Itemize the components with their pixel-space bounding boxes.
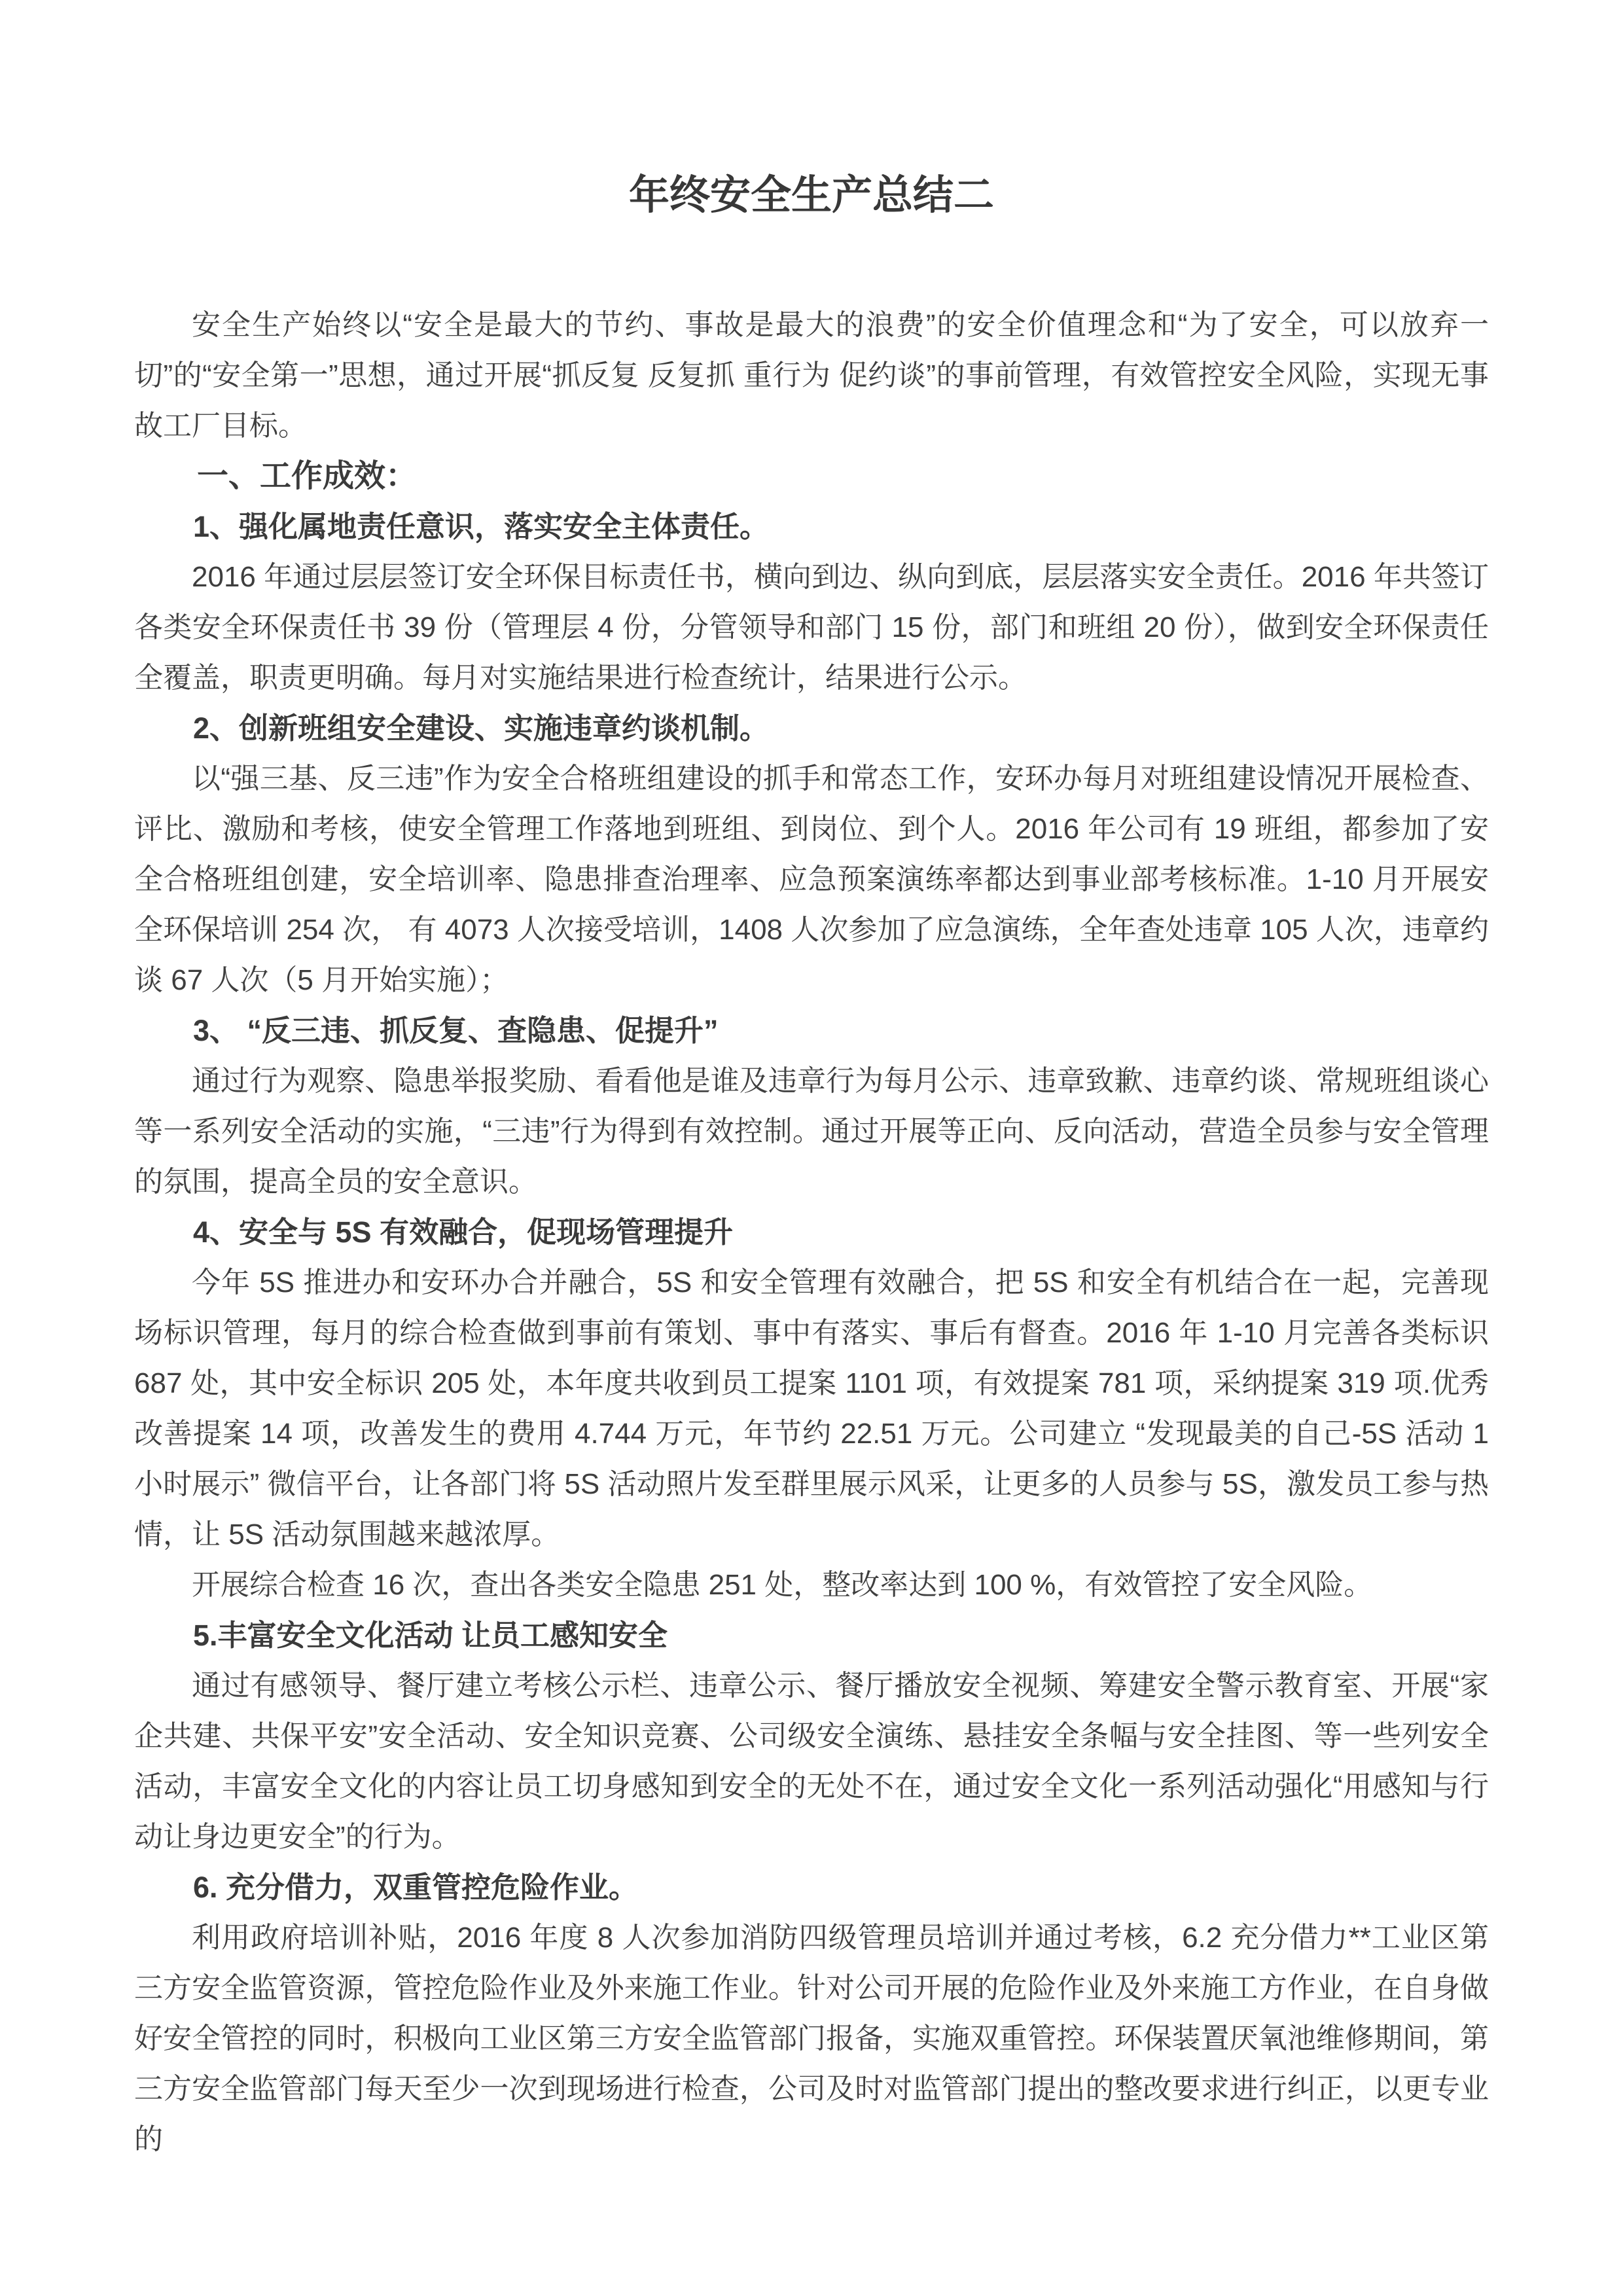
document-title: 年终安全生产总结二 (134, 175, 1489, 216)
subsection-heading-2: 2、创新班组安全建设、实施违章约谈机制。 (134, 703, 1489, 753)
paragraph-section-3: 通过行为观察、隐患举报奖励、看看他是谁及违章行为每月公示、违章致歉、违章约谈、常… (134, 1056, 1489, 1207)
paragraph-section-2: 以“强三基、反三违”作为安全合格班组建设的抓手和常态工作，安环办每月对班组建设情… (134, 753, 1489, 1005)
document-page: 年终安全生产总结二 安全生产始终以“安全是最大的节约、事故是最大的浪费”的安全价… (0, 0, 1623, 2296)
subsection-heading-6: 6. 充分借力，双重管控危险作业。 (134, 1862, 1489, 1912)
document-body: 安全生产始终以“安全是最大的节约、事故是最大的浪费”的安全价值理念和“为了安全，… (134, 300, 1489, 2164)
section-heading-work-results: 一、工作成效： (134, 451, 1489, 501)
paragraph-section-1: 2016 年通过层层签订安全环保目标责任书，横向到边、纵向到底，层层落实安全责任… (134, 552, 1489, 703)
subsection-heading-3: 3、 “反三违、抓反复、查隐患、促提升” (134, 1005, 1489, 1056)
paragraph-section-6: 利用政府培训补贴，2016 年度 8 人次参加消防四级管理员培训并通过考核，6.… (134, 1912, 1489, 2164)
paragraph-intro: 安全生产始终以“安全是最大的节约、事故是最大的浪费”的安全价值理念和“为了安全，… (134, 300, 1489, 451)
subsection-heading-1: 1、强化属地责任意识，落实安全主体责任。 (134, 501, 1489, 552)
paragraph-section-4b: 开展综合检查 16 次，查出各类安全隐患 251 处，整改率达到 100 %，有… (134, 1560, 1489, 1610)
paragraph-section-4: 今年 5S 推进办和安环办合并融合，5S 和安全管理有效融合，把 5S 和安全有… (134, 1257, 1489, 1560)
subsection-heading-5: 5.丰富安全文化活动 让员工感知安全 (134, 1610, 1489, 1660)
subsection-heading-4: 4、安全与 5S 有效融合，促现场管理提升 (134, 1207, 1489, 1257)
paragraph-section-5: 通过有感领导、餐厅建立考核公示栏、违章公示、餐厅播放安全视频、筹建安全警示教育室… (134, 1660, 1489, 1862)
